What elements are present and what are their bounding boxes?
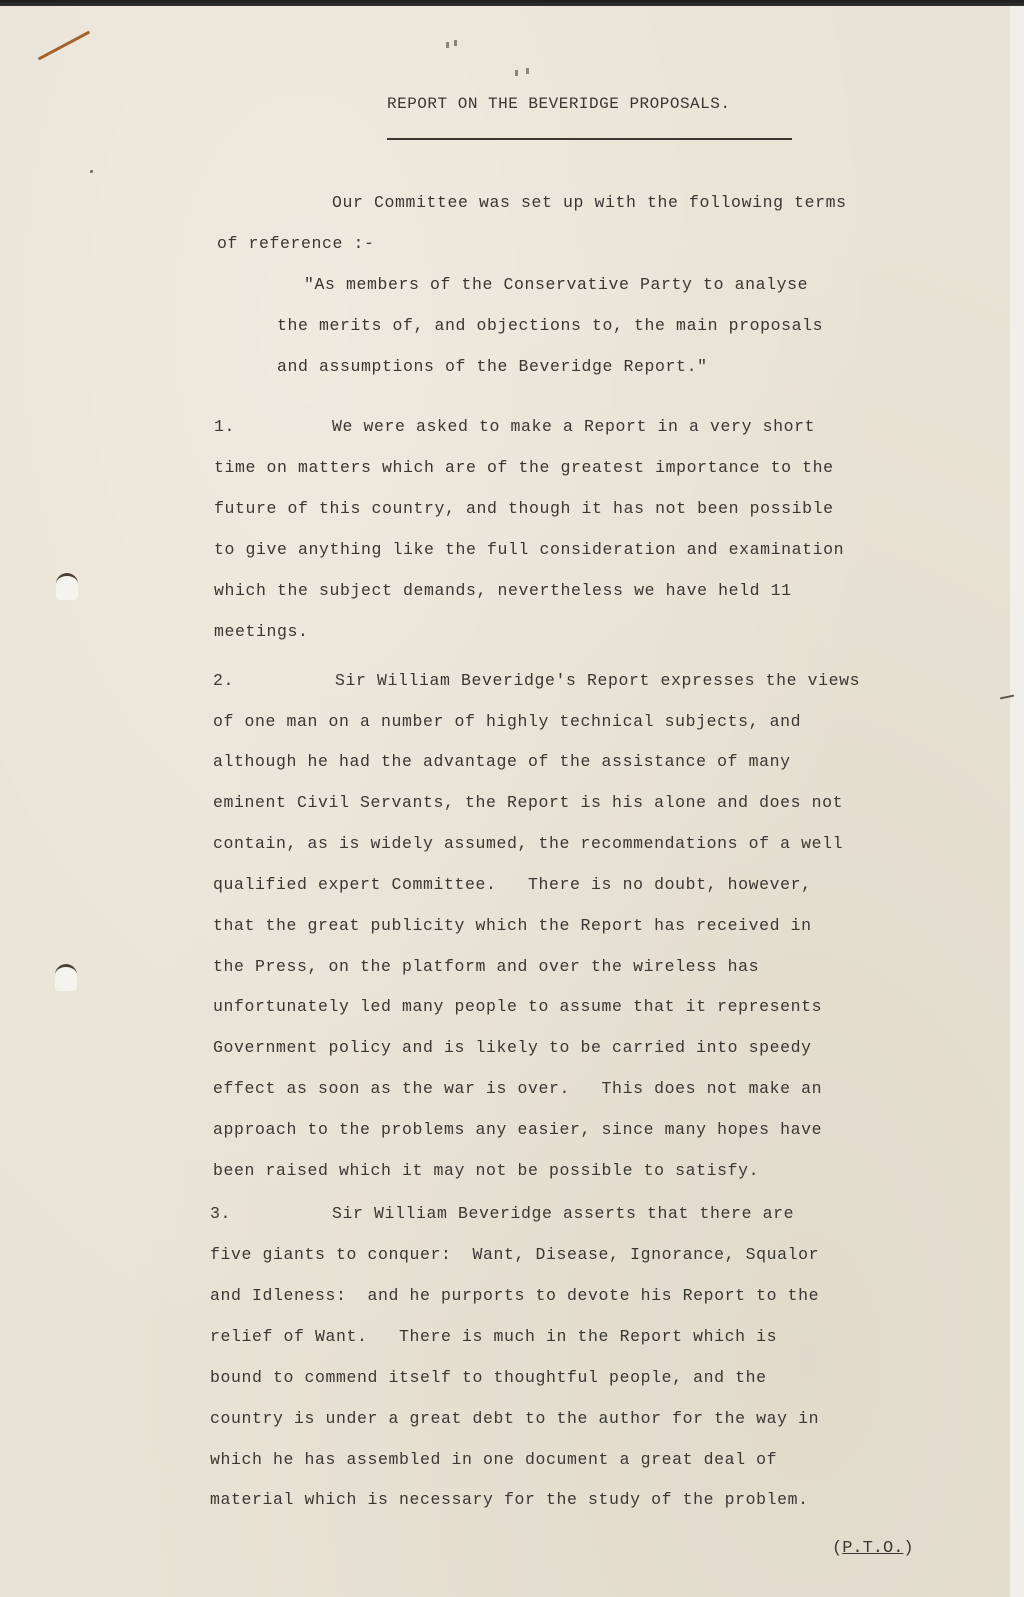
paragraph-line: relief of Want. There is much in the Rep… [210,1327,777,1347]
paragraph-line: Sir William Beveridge's Report expresses… [335,671,860,691]
pto-open-paren: ( [832,1539,842,1558]
punch-hole-icon [56,573,78,600]
staple-mark [446,42,449,48]
paragraph-line: bound to commend itself to thoughtful pe… [210,1368,767,1388]
terms-quote-line: and assumptions of the Beveridge Report.… [277,357,708,377]
paragraph-line: which he has assembled in one document a… [210,1450,777,1470]
document-title: REPORT ON THE BEVERIDGE PROPOSALS. [387,95,730,113]
paragraph-line: five giants to conquer: Want, Disease, I… [210,1245,819,1265]
paper-speck [90,170,93,173]
terms-quote-line: the merits of, and objections to, the ma… [277,316,823,336]
paragraph-line: Government policy and is likely to be ca… [213,1038,812,1058]
paragraph-line: meetings. [214,622,309,642]
paragraph-line: contain, as is widely assumed, the recom… [213,834,843,854]
paragraph-line: which the subject demands, nevertheless … [214,581,792,601]
punch-hole-icon [55,964,77,991]
paragraph-line: Sir William Beveridge asserts that there… [332,1204,794,1224]
paragraph-line: eminent Civil Servants, the Report is hi… [213,793,843,813]
paragraph-line: of one man on a number of highly technic… [213,712,801,732]
title-underline [387,138,792,140]
staple-mark [515,70,518,76]
paragraph-line: the Press, on the platform and over the … [213,957,759,977]
paragraph-line: and Idleness: and he purports to devote … [210,1286,819,1306]
paragraph-line: country is under a great debt to the aut… [210,1409,819,1429]
paragraph-line: material which is necessary for the stud… [210,1490,809,1510]
paragraph-line: to give anything like the full considera… [214,540,844,560]
scan-right-edge [1010,6,1024,1597]
pto-close-paren: ) [903,1539,913,1558]
paragraph-number: 3. [210,1204,231,1224]
terms-quote-line: "As members of the Conservative Party to… [304,275,808,295]
pto-label: P.T.O. [842,1539,903,1558]
please-turn-over-marker: (P.T.O.) [832,1539,914,1558]
paragraph-line: future of this country, and though it ha… [214,499,834,519]
paragraph-line: approach to the problems any easier, sin… [213,1120,822,1140]
paragraph-number: 2. [213,671,234,691]
rust-stain-mark [38,31,91,61]
intro-line: Our Committee was set up with the follow… [332,193,847,213]
document-page: REPORT ON THE BEVERIDGE PROPOSALS. Our C… [0,6,1010,1597]
paragraph-line: qualified expert Committee. There is no … [213,875,812,895]
paragraph-line: that the great publicity which the Repor… [213,916,812,936]
paragraph-line: We were asked to make a Report in a very… [332,417,815,437]
paragraph-line: time on matters which are of the greates… [214,458,834,478]
paragraph-line: been raised which it may not be possible… [213,1161,759,1181]
paragraph-line: unfortunately led many people to assume … [213,997,822,1017]
paragraph-number: 1. [214,417,235,437]
staple-mark [526,68,529,74]
paragraph-line: effect as soon as the war is over. This … [213,1079,822,1099]
paragraph-line: although he had the advantage of the ass… [213,752,791,772]
intro-line: of reference :- [217,234,375,254]
staple-mark [454,40,457,46]
